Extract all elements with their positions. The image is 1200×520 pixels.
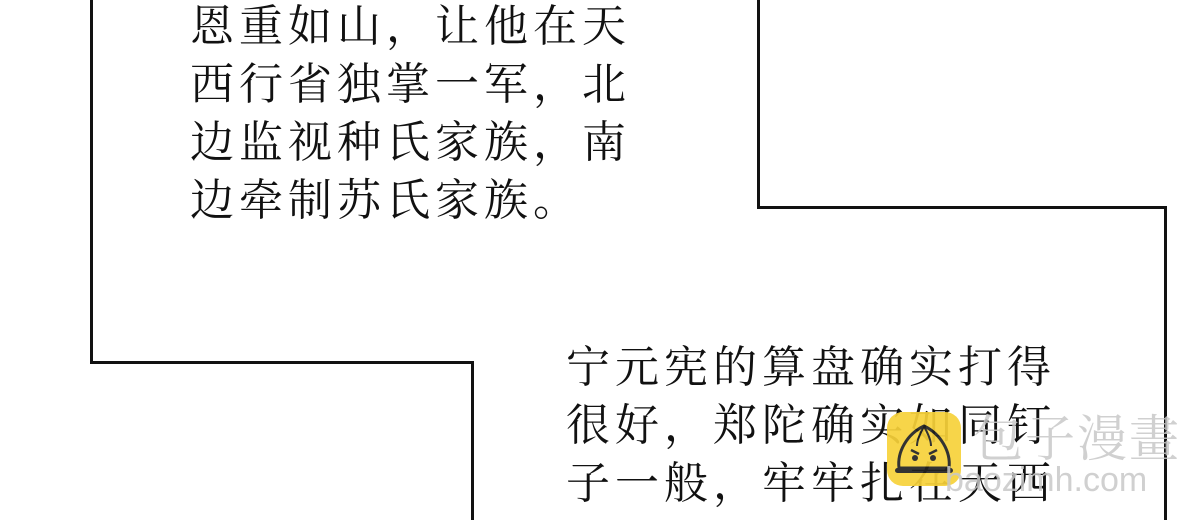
panel-border-right-bottom (757, 206, 1167, 209)
narration-line: 宁元宪的算盘确实打得 (566, 339, 1056, 397)
narration-line: 边牵制苏氏家族。 (190, 172, 631, 230)
panel-border-lower-left-vertical (471, 361, 474, 520)
narration-line: 西行省独掌一军，北 (190, 56, 631, 114)
panel-border-left-vertical (90, 0, 93, 364)
narration-top-left: 恩重如山，让他在天 西行省独掌一军，北 边监视种氏家族，南 边牵制苏氏家族。 (190, 0, 631, 230)
watermark-url: baozimh.com (945, 460, 1147, 500)
panel-border-right-vertical (757, 0, 760, 209)
panel-border-left-bottom (90, 361, 474, 364)
watermark: 包子漫畫 baozimh.com (885, 410, 1185, 510)
narration-line: 边监视种氏家族，南 (190, 114, 631, 172)
narration-line: 恩重如山，让他在天 (190, 0, 631, 56)
